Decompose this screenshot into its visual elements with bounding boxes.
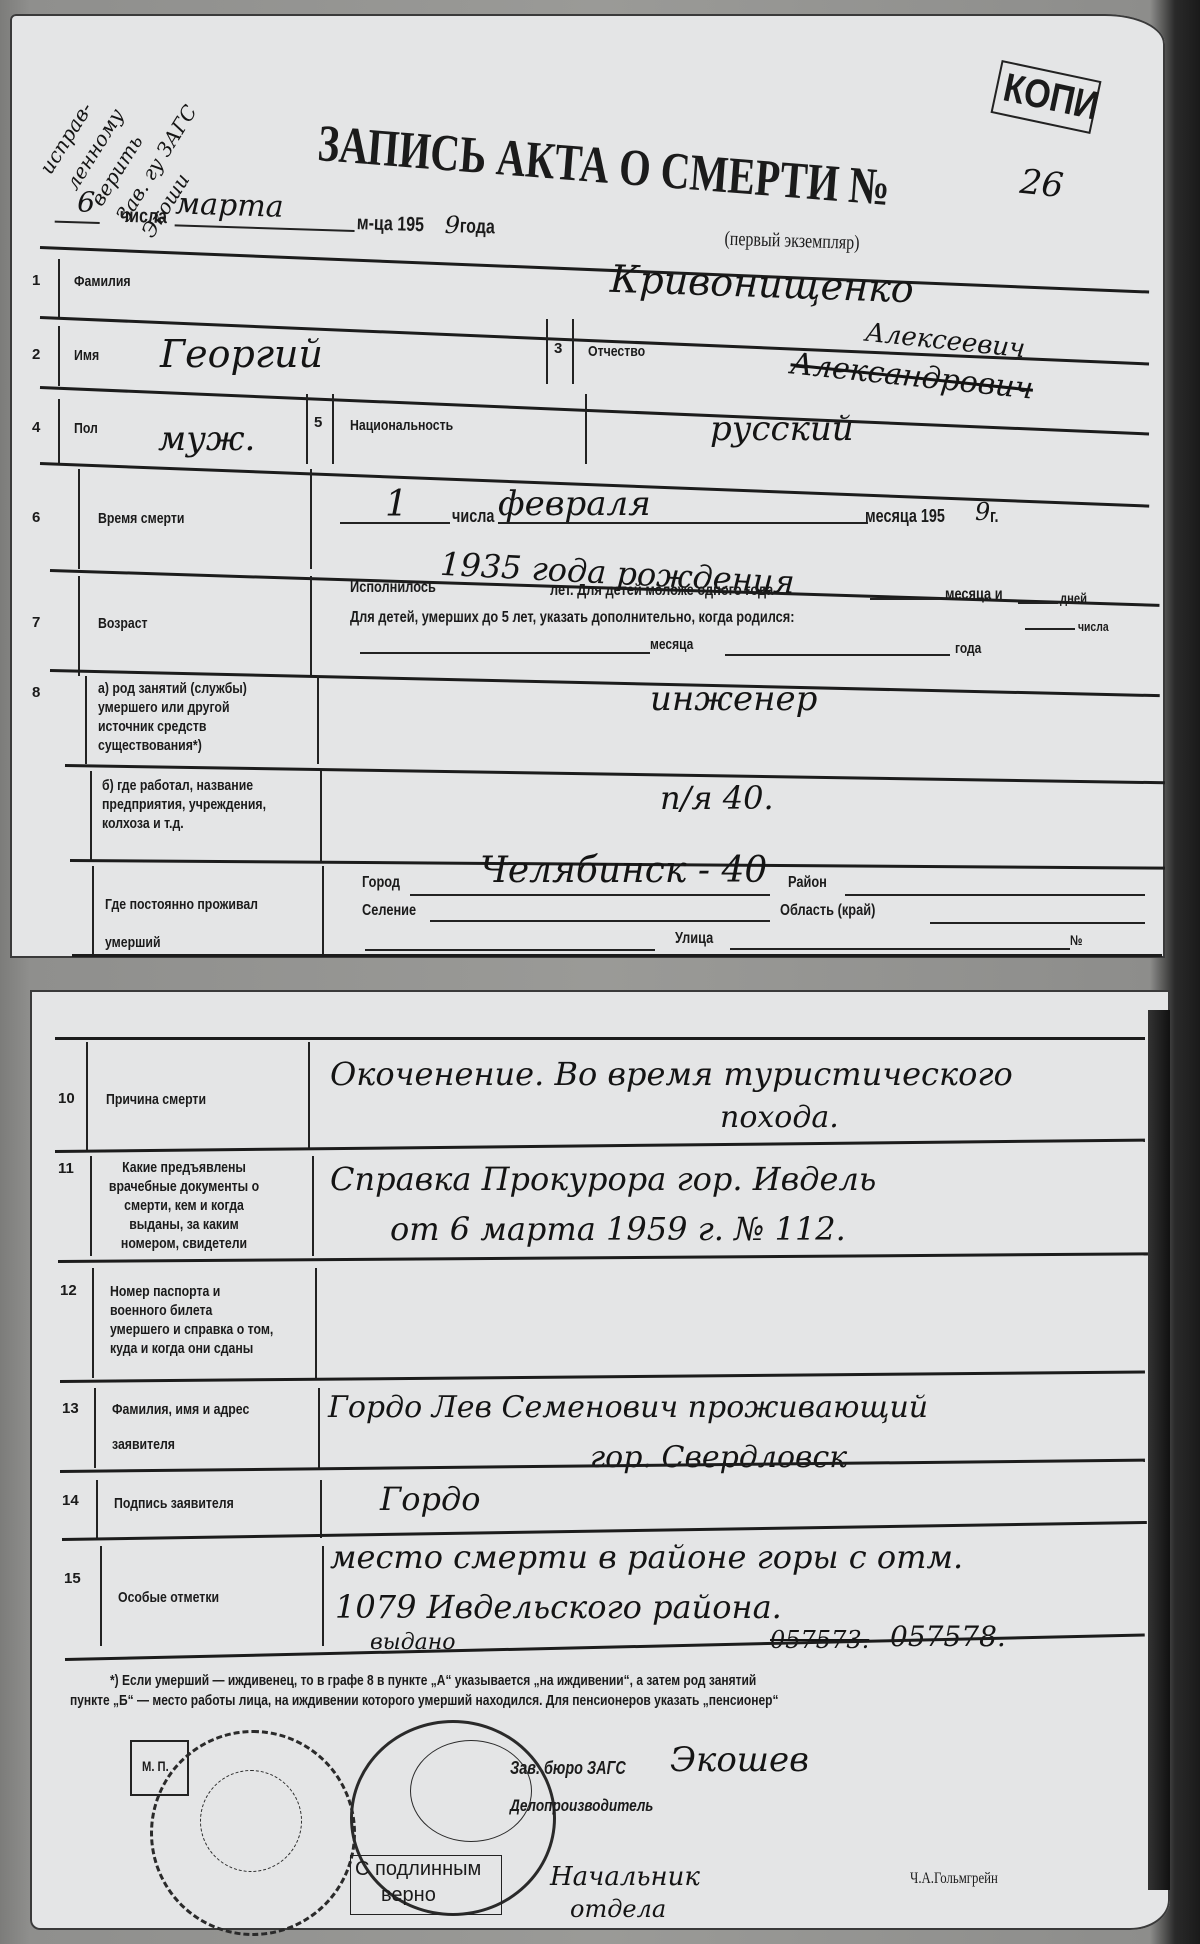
street-label: Улица xyxy=(675,930,713,948)
field-number: 11 xyxy=(58,1160,74,1177)
label-patronymic: Отчество xyxy=(588,342,645,361)
certified-line-2: верно xyxy=(381,1884,436,1907)
head-signature: Экошев xyxy=(670,1740,809,1780)
region-label: Область (край) xyxy=(780,902,875,920)
field-number: 10 xyxy=(58,1090,75,1107)
footnote-line-2: пункте „Б“ — место работы лица, на иждив… xyxy=(70,1692,779,1709)
field-number: 14 xyxy=(62,1492,79,1509)
field-number: 2 xyxy=(32,346,40,363)
city-label: Город xyxy=(362,874,400,892)
village-label: Селение xyxy=(362,902,416,920)
applicant-signature: Гордо xyxy=(380,1480,480,1518)
value-nationality: русский xyxy=(710,409,854,449)
copy-stamp: КОПИ xyxy=(991,60,1102,134)
field-number: 1 xyxy=(32,272,40,289)
label-sex: Пол xyxy=(74,419,98,438)
record-number: 26 xyxy=(1018,162,1065,206)
copy-stamp-text: КОПИ xyxy=(999,66,1102,130)
label-applicant: Фамилия, имя и адрес xyxy=(112,1400,249,1419)
value-surname: Кривонищенко xyxy=(609,257,914,312)
value-death-month: февраля xyxy=(498,484,651,524)
value-special-notes-cont: 1079 Ивдельского района. xyxy=(335,1588,782,1626)
scan-edge-shadow xyxy=(1148,1010,1170,1890)
year-label: года xyxy=(955,640,981,657)
record-sheet-lower: 10 Причина смерти Окоченение. Во время т… xyxy=(30,990,1170,1930)
months-label: месяца и xyxy=(945,586,1003,604)
label-surname: Фамилия xyxy=(74,272,131,291)
value-applicant: Гордо Лев Семенович проживающий xyxy=(328,1390,928,1425)
registration-year-digit: 9 xyxy=(444,211,460,239)
value-workplace: п/я 40. xyxy=(660,779,774,817)
month-label: м-ца 195 xyxy=(356,212,424,237)
label-age: Возраст xyxy=(98,614,148,633)
label-passport: Номер паспорта и военного билета умершег… xyxy=(110,1282,274,1358)
label-nationality: Национальность xyxy=(350,416,453,435)
age-child-instruction: Для детей, умерших до 5 лет, указать доп… xyxy=(350,609,795,627)
value-medical-documents: Справка Прокурора гор. Ивдель xyxy=(330,1160,876,1198)
field-number: 13 xyxy=(62,1400,79,1417)
year-label: года xyxy=(459,215,495,239)
days-label: дней xyxy=(1060,590,1087,606)
value-city: Челябинск - 40 xyxy=(480,850,767,891)
label-special-notes: Особые отметки xyxy=(118,1588,219,1607)
value-cause-of-death: Окоченение. Во время туристического xyxy=(330,1055,1013,1093)
seal-inner-ring xyxy=(200,1770,302,1872)
dept-head-title-cont: отдела xyxy=(570,1895,666,1923)
month-label: месяца 195 xyxy=(865,506,945,527)
age-infant-text: лет. Для детей моложе одного года xyxy=(550,582,773,600)
district-label: Район xyxy=(788,874,827,892)
registration-month: марта xyxy=(175,186,284,224)
field-number: 8 xyxy=(32,684,40,701)
label-medical-documents: Какие предъявлены врачебные документы о … xyxy=(102,1158,266,1253)
value-first-name: Георгий xyxy=(160,332,323,376)
value-death-day: 1 xyxy=(385,484,408,525)
head-title: Зав. бюро ЗАГС xyxy=(510,1758,626,1779)
footnote-line-1: *) Если умерший — иждивенец, то в графе … xyxy=(110,1672,756,1689)
seal-emblem-ring xyxy=(410,1740,532,1842)
day-label: числа xyxy=(452,506,494,527)
month-label: месяца xyxy=(650,636,693,653)
value-applicant-address: гор. Свердловск xyxy=(590,1440,847,1475)
value-death-year-digit: 9 xyxy=(975,498,990,526)
title-text: ЗАПИСЬ АКТА О СМЕРТИ № xyxy=(316,114,892,218)
value-medical-documents-cont: от 6 марта 1959 г. № 112. xyxy=(390,1210,846,1248)
registration-day: 6 xyxy=(77,185,96,219)
field-number: 12 xyxy=(60,1282,77,1299)
field-number: 6 xyxy=(32,509,40,526)
dept-head-name: Ч.А.Гольмгрейн xyxy=(910,1870,998,1888)
value-special-notes: место смерти в районе горы с отм. xyxy=(330,1538,963,1576)
record-sheet-upper: исправ- ленному верить Зав. гу ЗАГС Экош… xyxy=(10,14,1165,958)
house-number-label: № xyxy=(1070,932,1082,948)
label-workplace: б) где работал, название предприятия, уч… xyxy=(102,776,274,833)
field-number: 3 xyxy=(554,340,562,357)
day-label: числа xyxy=(120,205,168,229)
clerk-title: Делопроизводитель xyxy=(510,1796,653,1816)
field-number: 4 xyxy=(32,419,40,436)
value-occupation: инженер xyxy=(650,679,817,719)
label-applicant-signature: Подпись заявителя xyxy=(114,1494,234,1513)
field-number: 5 xyxy=(314,414,322,431)
seal-label: М. П. xyxy=(142,1758,169,1774)
value-cause-of-death-cont: похода. xyxy=(720,1100,839,1135)
copy-type: (первый экземпляр) xyxy=(724,228,860,255)
certified-line-1: С подлинным xyxy=(355,1858,481,1881)
day-label: числа xyxy=(1078,619,1109,634)
field-number: 7 xyxy=(32,614,40,631)
value-sex: муж. xyxy=(158,419,255,459)
label-time-of-death: Время смерти xyxy=(98,509,184,528)
label-cause-of-death: Причина смерти xyxy=(106,1090,206,1109)
label-occupation: а) род занятий (службы) умершего или дру… xyxy=(98,679,270,755)
certified-copy-stamp: С подлинным верно xyxy=(350,1855,502,1915)
age-prefix: Исполнилось xyxy=(350,579,436,597)
dept-head-title: Начальник xyxy=(550,1862,700,1892)
label-applicant-cont: заявителя xyxy=(112,1435,175,1454)
label-first-name: Имя xyxy=(74,346,99,365)
year-suffix: г. xyxy=(990,506,999,527)
label-residence: Где постоянно проживал умерший xyxy=(105,886,277,962)
field-number: 15 xyxy=(64,1570,81,1587)
